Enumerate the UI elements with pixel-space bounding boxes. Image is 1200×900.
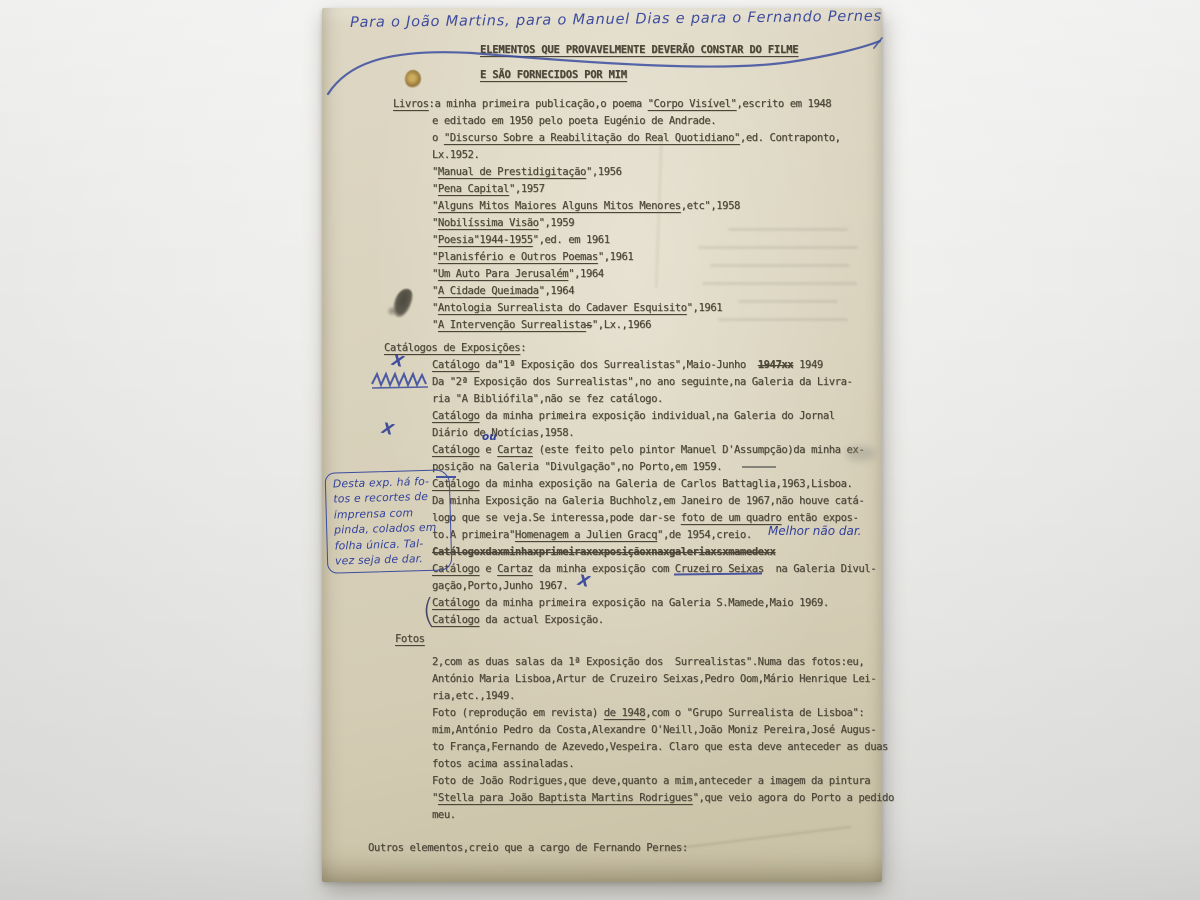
handwritten-underline-flourish: [322, 34, 888, 104]
melhor-nao-dar-note: Melhor não dar.: [768, 524, 862, 538]
typed-line: gação,Porto,Junho 1967.: [432, 578, 882, 595]
reverse-side-show-through: [698, 228, 873, 336]
typed-line: Catálogo da minha primeira exposição na …: [432, 595, 882, 612]
typed-line: o "Discurso Sobre a Reabilitação do Real…: [432, 130, 882, 147]
typed-line: mim,António Pedro da Costa,Alexandre O'N…: [432, 722, 882, 739]
typed-line: posição na Galeria "Divulgação",no Porto…: [432, 459, 882, 476]
margin-note-arrow: [436, 476, 456, 478]
typed-line: Catálogoxdaxminhaxprimeiraxexposiçãoxnax…: [432, 544, 882, 561]
margin-scribble: [370, 370, 432, 392]
typed-line: Foto (reprodução em revista) de 1948,com…: [432, 705, 882, 722]
typed-line: Da "2ª Exposição dos Surrealistas",no an…: [432, 374, 882, 391]
typed-document: ELEMENTOS QUE PROVAVELMENTE DEVERÃO CONS…: [322, 8, 882, 857]
typed-line: Outros elementos,creio que a cargo de Fe…: [368, 840, 882, 857]
typed-line: Lx.1952.: [432, 147, 882, 164]
typed-line: to França,Fernando de Azevedo,Vespeira. …: [432, 739, 882, 756]
typed-line: Catálogo e Cartaz da minha exposição com…: [432, 561, 882, 578]
typed-line: Catálogo e Cartaz (este feito pelo pinto…: [432, 442, 882, 459]
typed-line: Catálogo da"1ª Exposição dos Surrealista…: [432, 357, 882, 374]
typed-line: Da minha Exposição na Galeria Buchholz,e…: [432, 493, 882, 510]
document-photo: ELEMENTOS QUE PROVAVELMENTE DEVERÃO CONS…: [0, 0, 1200, 900]
ou-correction-note: ou: [482, 431, 497, 443]
pencil-dash-mark: [742, 466, 776, 468]
typed-line: e editado em 1950 pelo poeta Eugénio de …: [432, 113, 882, 130]
typed-line: Catálogo da actual Exposição.: [432, 612, 882, 629]
typed-line: Fotos: [395, 631, 882, 648]
typed-line: Foto de João Rodrigues,que deve,quanto a…: [432, 773, 882, 790]
paper-sheet: ELEMENTOS QUE PROVAVELMENTE DEVERÃO CONS…: [322, 8, 882, 882]
handwritten-bracket: (: [421, 592, 437, 633]
margin-note-box: Desta exp. há fo-tos e recortes deimpren…: [325, 469, 453, 574]
typed-line: "Pena Capital",1957: [432, 181, 882, 198]
typed-line: Diário de Notícias,1958.: [432, 425, 882, 442]
paper-smudge: [846, 446, 876, 461]
margin-note-line: vez seja de dar.: [335, 550, 447, 569]
typed-lines: ELEMENTOS QUE PROVAVELMENTE DEVERÃO CONS…: [322, 42, 882, 857]
typed-line: 2,com as duas salas da 1ª Exposição dos …: [432, 654, 882, 671]
typed-line: ria,etc.,1949.: [432, 688, 882, 705]
typed-line: "Stella para João Baptista Martins Rodri…: [432, 790, 882, 807]
typed-line: fotos acima assinaladas.: [432, 756, 882, 773]
typed-line: ria "A Bibliófila",não se fez catálogo.: [432, 391, 882, 408]
typed-line: "Manual de Prestidigitação",1956: [432, 164, 882, 181]
typed-line: Catálogo da minha exposição na Galeria d…: [432, 476, 882, 493]
typed-line: António Maria Lisboa,Artur de Cruzeiro S…: [432, 671, 882, 688]
typed-line: Catálogo da minha primeira exposição ind…: [432, 408, 882, 425]
margin-note-line: pinda, colados em: [334, 520, 446, 539]
typed-line: Catálogos de Exposições:: [384, 340, 882, 357]
typed-line: meu.: [432, 807, 882, 824]
